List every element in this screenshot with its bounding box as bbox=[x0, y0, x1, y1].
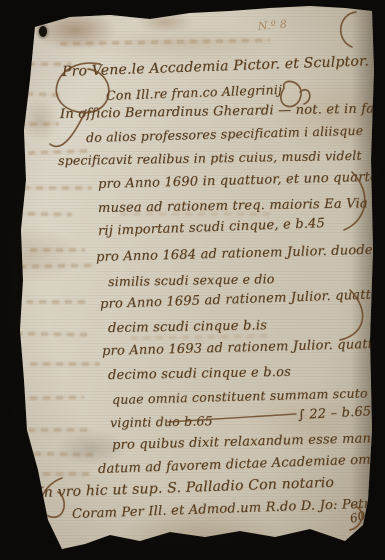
manuscript-photo: Pro Vene.le Accademia Pictor. et Sculpto… bbox=[0, 0, 385, 560]
manuscript-line: decimo scudi cinque e b.os bbox=[108, 365, 291, 383]
manuscript-line: decim scudi cinque b.is bbox=[108, 318, 267, 336]
manuscript-line: similis scudi sexque e dio bbox=[108, 271, 275, 289]
worm-hole bbox=[39, 26, 47, 37]
right-gutter-shadow bbox=[351, 0, 377, 560]
paper-sheet: Pro Vene.le Accademia Pictor. et Sculpto… bbox=[0, 0, 385, 560]
top-mark: N.º 8 bbox=[257, 17, 287, 32]
page-number-mark: 60 bbox=[348, 508, 367, 525]
manuscript-line: viginti duo b.65 bbox=[110, 413, 213, 430]
